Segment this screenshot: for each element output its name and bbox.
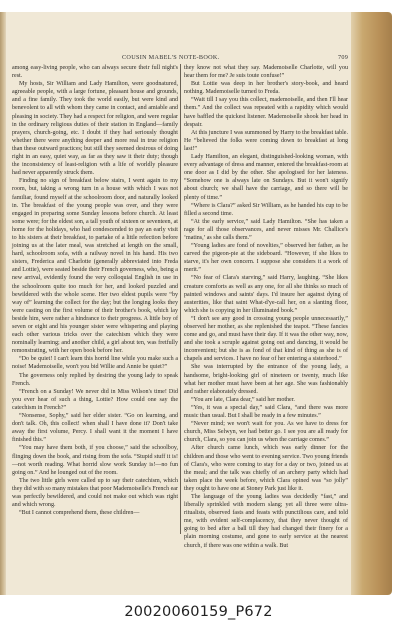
paragraph: they know not what they say. Mademoisell… [184, 64, 348, 80]
image-caption: 20020060159_P672 [0, 604, 397, 620]
paragraph: “No fear of Clara's starving,” said Harr… [184, 274, 348, 314]
paragraph: At this juncture I was summoned by Harry… [184, 129, 348, 153]
paragraph: After church came lunch, which was early… [184, 444, 348, 493]
page-edge [350, 12, 392, 595]
running-header: COUSIN MABEL'S NOTE-BOOK. 709 [6, 54, 351, 64]
paragraph: “You may have them both, if you choose,”… [12, 444, 178, 476]
page-number: 709 [338, 54, 348, 61]
paragraph: The language of the young ladies was dec… [184, 493, 348, 550]
paragraph: “I don't see any good in crossing young … [184, 315, 348, 364]
paragraph: “You are late, Clara dear,” said her mot… [184, 396, 348, 404]
column-divider [180, 64, 181, 534]
paragraph: “Do be quiet! I can't learn this horrid … [12, 355, 178, 371]
paragraph: Lady Hamilton, an elegant, distinguished… [184, 153, 348, 202]
paragraph: “Wait till I say you this collect, madem… [184, 96, 348, 128]
paragraph: “Nonsense, Sophy,” said her elder sister… [12, 412, 178, 444]
paragraph: But Lottie was deep in her brother's sto… [184, 80, 348, 96]
paragraph: She was interrupted by the entrance of t… [184, 363, 348, 395]
book-page: COUSIN MABEL'S NOTE-BOOK. 709 among easy… [6, 12, 351, 595]
paragraph: My hosts, Sir William and Lady Hamilton,… [12, 80, 178, 177]
paragraph: “Young ladies are fond of novelties,” ob… [184, 242, 348, 274]
paragraph: Finding no sign of breakfast below stair… [12, 177, 178, 355]
left-column: among easy-living people, who can always… [12, 64, 178, 517]
paragraph: “But I cannot comprehend them, these chi… [12, 509, 178, 517]
paragraph: “French on a Sunday! We never did in Mis… [12, 388, 178, 412]
running-title: COUSIN MABEL'S NOTE-BOOK. [122, 54, 219, 61]
paragraph: “At the early service,” said Lady Hamilt… [184, 218, 348, 242]
paragraph: “Yes, it was a special day,” said Clara,… [184, 404, 348, 420]
paragraph: “Where is Clara?” asked Sir William, as … [184, 202, 348, 218]
scanned-page: COUSIN MABEL'S NOTE-BOOK. 709 among easy… [0, 12, 392, 595]
paragraph: The governess only replied by desiring t… [12, 372, 178, 388]
paragraph: The two little girls were called up to s… [12, 477, 178, 509]
paragraph: among easy-living people, who can always… [12, 64, 178, 80]
paragraph: “Never mind; we won't wait for you. As w… [184, 420, 348, 444]
right-column: they know not what they say. Mademoisell… [184, 64, 348, 550]
